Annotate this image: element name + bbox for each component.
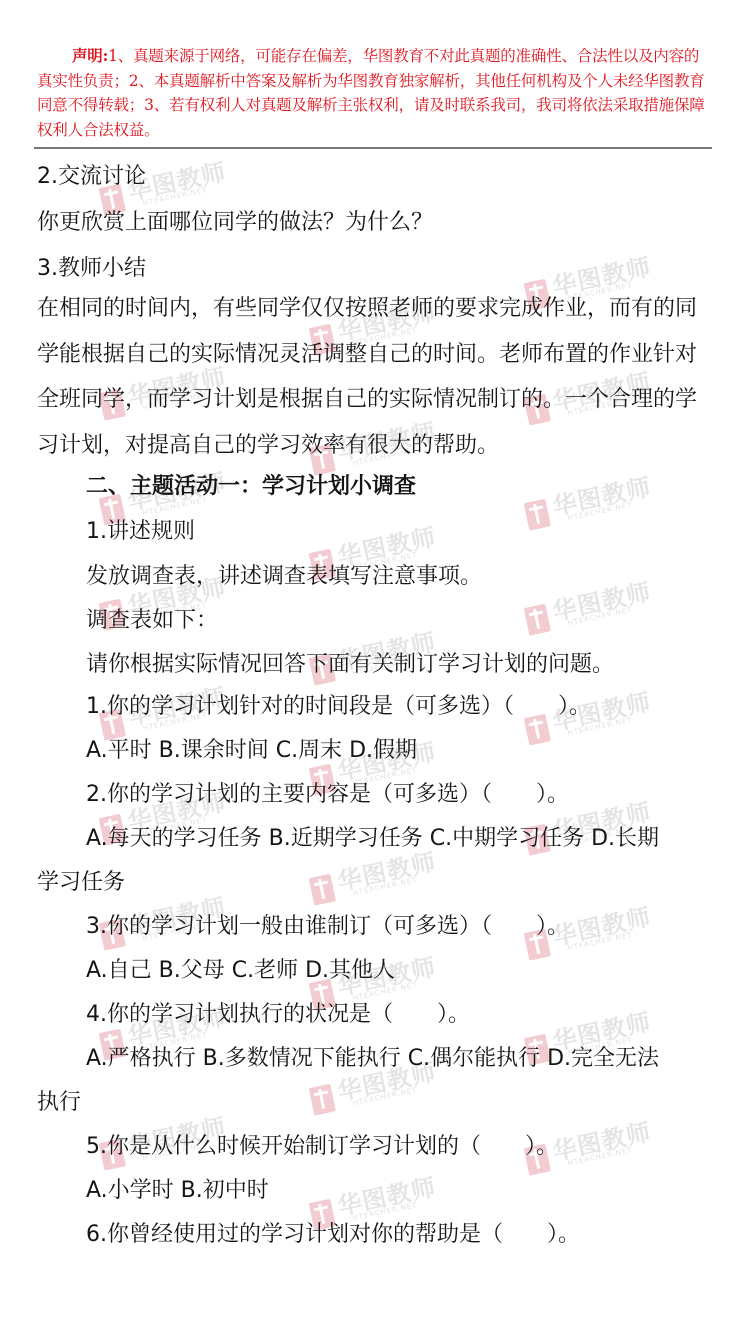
question-1: 1.你的学习计划针对的时间段是（可多选）（ ）。 xyxy=(86,692,591,722)
discussion-question: 你更欣赏上面哪位同学的做法？为什么？ xyxy=(37,208,433,238)
watermark-logo-icon xyxy=(524,499,551,531)
divider xyxy=(34,147,712,149)
disclaimer-text: 1、真题来源于网络，可能存在偏差，华图教育不对此真题的准确性、合法性以及内容的真… xyxy=(37,47,705,139)
section-title-summary: 3.教师小结 xyxy=(37,254,146,284)
question-3: 3.你的学习计划一般由谁制订（可多选）（ ）。 xyxy=(86,912,569,942)
question-4-options: A.严格执行 B.多数情况下能执行 C.偶尔能执行 D.完全无法 xyxy=(86,1044,659,1074)
question-2: 2.你的学习计划的主要内容是（可多选）（ ）。 xyxy=(86,780,569,810)
watermark-logo-icon xyxy=(309,1084,336,1116)
section-title-discussion: 2.交流讨论 xyxy=(37,162,146,192)
watermark-logo-icon xyxy=(524,604,551,636)
question-2-options-continued: 学习任务 xyxy=(37,868,125,898)
watermark: 华图教师HTEACHER.NET xyxy=(521,567,664,649)
watermark-logo-icon xyxy=(309,874,336,906)
question-4: 4.你的学习计划执行的状况是（ ）。 xyxy=(86,1000,470,1030)
rule-text: 发放调查表，讲述调查表填写注意事项。 xyxy=(86,562,482,592)
question-5: 5.你是从什么时候开始制订学习计划的（ ）。 xyxy=(86,1132,558,1162)
disclaimer: 声明:1、真题来源于网络，可能存在偏差，华图教育不对此真题的准确性、合法性以及内… xyxy=(37,44,713,142)
question-5-options: A.小学时 B.初中时 xyxy=(86,1176,269,1206)
watermark: 华图教师HTEACHER.NET xyxy=(521,462,664,544)
question-2-options: A.每天的学习任务 B.近期学习任务 C.中期学习任务 D.长期 xyxy=(86,824,659,854)
disclaimer-label: 声明: xyxy=(72,46,108,65)
activity-heading: 二、主题活动一：学习计划小调查 xyxy=(86,472,416,502)
question-3-options: A.自己 B.父母 C.老师 D.其他人 xyxy=(86,956,395,986)
question-6: 6.你曾经使用过的学习计划对你的帮助是（ ）。 xyxy=(86,1220,580,1250)
rule-title: 1.讲述规则 xyxy=(86,517,195,547)
survey-prompt: 请你根据实际情况回答下面有关制订学习计划的问题。 xyxy=(86,650,614,680)
question-4-options-continued: 执行 xyxy=(37,1088,81,1118)
survey-intro: 调查表如下： xyxy=(86,606,218,636)
question-1-options: A.平时 B.课余时间 C.周末 D.假期 xyxy=(86,736,417,766)
summary-paragraph: 在相同的时间内，有些同学仅仅按照老师的要求完成作业，而有的同学能根据自己的实际情… xyxy=(37,286,717,468)
